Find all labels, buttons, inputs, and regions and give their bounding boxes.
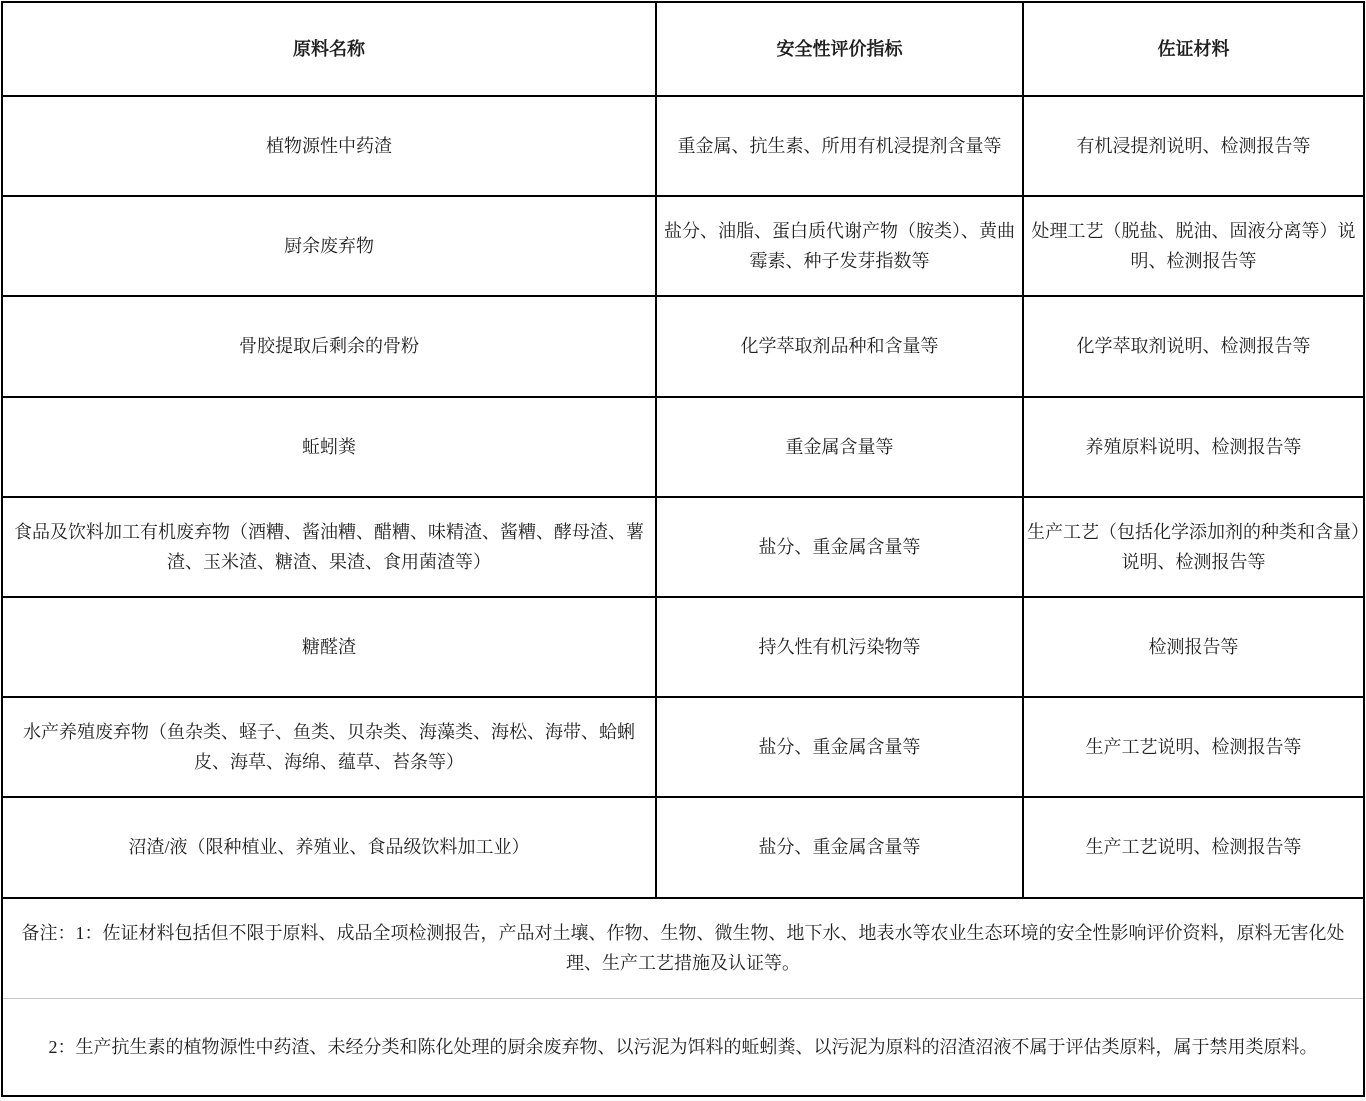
cell-supporting-materials: 化学萃取剂说明、检测报告等 xyxy=(1023,296,1364,396)
header-cell-supporting-materials: 佐证材料 xyxy=(1023,2,1364,96)
table-row: 植物源性中药渣 重金属、抗生素、所用有机浸提剂含量等 有机浸提剂说明、检测报告等 xyxy=(2,96,1364,196)
cell-supporting-materials: 有机浸提剂说明、检测报告等 xyxy=(1023,96,1364,196)
cell-safety-indicators: 盐分、重金属含量等 xyxy=(656,497,1023,597)
table-row: 蚯蚓粪 重金属含量等 养殖原料说明、检测报告等 xyxy=(2,397,1364,497)
cell-supporting-materials: 检测报告等 xyxy=(1023,597,1364,697)
cell-supporting-materials: 处理工艺（脱盐、脱油、固液分离等）说明、检测报告等 xyxy=(1023,196,1364,296)
cell-supporting-materials: 生产工艺说明、检测报告等 xyxy=(1023,797,1364,897)
cell-safety-indicators: 盐分、重金属含量等 xyxy=(656,697,1023,797)
cell-supporting-materials: 生产工艺（包括化学添加剂的种类和含量）说明、检测报告等 xyxy=(1023,497,1364,597)
cell-safety-indicators: 重金属含量等 xyxy=(656,397,1023,497)
cell-supporting-materials: 生产工艺说明、检测报告等 xyxy=(1023,697,1364,797)
note-text-2: 2：生产抗生素的植物源性中药渣、未经分类和陈化处理的厨余废弃物、以污泥为饵料的蚯… xyxy=(2,999,1364,1096)
cell-safety-indicators: 持久性有机污染物等 xyxy=(656,597,1023,697)
note-row-remark-1: 备注：1：佐证材料包括但不限于原料、成品全项检测报告，产品对土壤、作物、生物、微… xyxy=(2,898,1364,999)
note-row-remark-2: 2：生产抗生素的植物源性中药渣、未经分类和陈化处理的厨余废弃物、以污泥为饵料的蚯… xyxy=(2,999,1364,1096)
document-page: 原料名称 安全性评价指标 佐证材料 植物源性中药渣 重金属、抗生素、所用有机浸提… xyxy=(0,0,1366,1101)
cell-safety-indicators: 化学萃取剂品种和含量等 xyxy=(656,296,1023,396)
cell-supporting-materials: 养殖原料说明、检测报告等 xyxy=(1023,397,1364,497)
cell-material-name: 厨余废弃物 xyxy=(2,196,656,296)
table-row: 食品及饮料加工有机废弃物（酒糟、酱油糟、醋糟、味精渣、酱糟、酵母渣、薯渣、玉米渣… xyxy=(2,497,1364,597)
cell-material-name: 沼渣/液（限种植业、养殖业、食品级饮料加工业） xyxy=(2,797,656,897)
table-row: 糖醛渣 持久性有机污染物等 检测报告等 xyxy=(2,597,1364,697)
cell-material-name: 蚯蚓粪 xyxy=(2,397,656,497)
table-header-row: 原料名称 安全性评价指标 佐证材料 xyxy=(2,2,1364,96)
header-cell-safety-indicators: 安全性评价指标 xyxy=(656,2,1023,96)
header-cell-material-name: 原料名称 xyxy=(2,2,656,96)
cell-safety-indicators: 盐分、重金属含量等 xyxy=(656,797,1023,897)
table-row: 沼渣/液（限种植业、养殖业、食品级饮料加工业） 盐分、重金属含量等 生产工艺说明… xyxy=(2,797,1364,897)
cell-safety-indicators: 重金属、抗生素、所用有机浸提剂含量等 xyxy=(656,96,1023,196)
cell-material-name: 骨胶提取后剩余的骨粉 xyxy=(2,296,656,396)
note-text-1: 备注：1：佐证材料包括但不限于原料、成品全项检测报告，产品对土壤、作物、生物、微… xyxy=(2,898,1364,999)
cell-material-name: 植物源性中药渣 xyxy=(2,96,656,196)
cell-material-name: 糖醛渣 xyxy=(2,597,656,697)
table-row: 厨余废弃物 盐分、油脂、蛋白质代谢产物（胺类）、黄曲霉素、种子发芽指数等 处理工… xyxy=(2,196,1364,296)
raw-materials-evaluation-table: 原料名称 安全性评价指标 佐证材料 植物源性中药渣 重金属、抗生素、所用有机浸提… xyxy=(1,1,1365,1097)
table-row: 骨胶提取后剩余的骨粉 化学萃取剂品种和含量等 化学萃取剂说明、检测报告等 xyxy=(2,296,1364,396)
cell-material-name: 食品及饮料加工有机废弃物（酒糟、酱油糟、醋糟、味精渣、酱糟、酵母渣、薯渣、玉米渣… xyxy=(2,497,656,597)
cell-material-name: 水产养殖废弃物（鱼杂类、蛏子、鱼类、贝杂类、海藻类、海松、海带、蛤蜊皮、海草、海… xyxy=(2,697,656,797)
cell-safety-indicators: 盐分、油脂、蛋白质代谢产物（胺类）、黄曲霉素、种子发芽指数等 xyxy=(656,196,1023,296)
table-row: 水产养殖废弃物（鱼杂类、蛏子、鱼类、贝杂类、海藻类、海松、海带、蛤蜊皮、海草、海… xyxy=(2,697,1364,797)
